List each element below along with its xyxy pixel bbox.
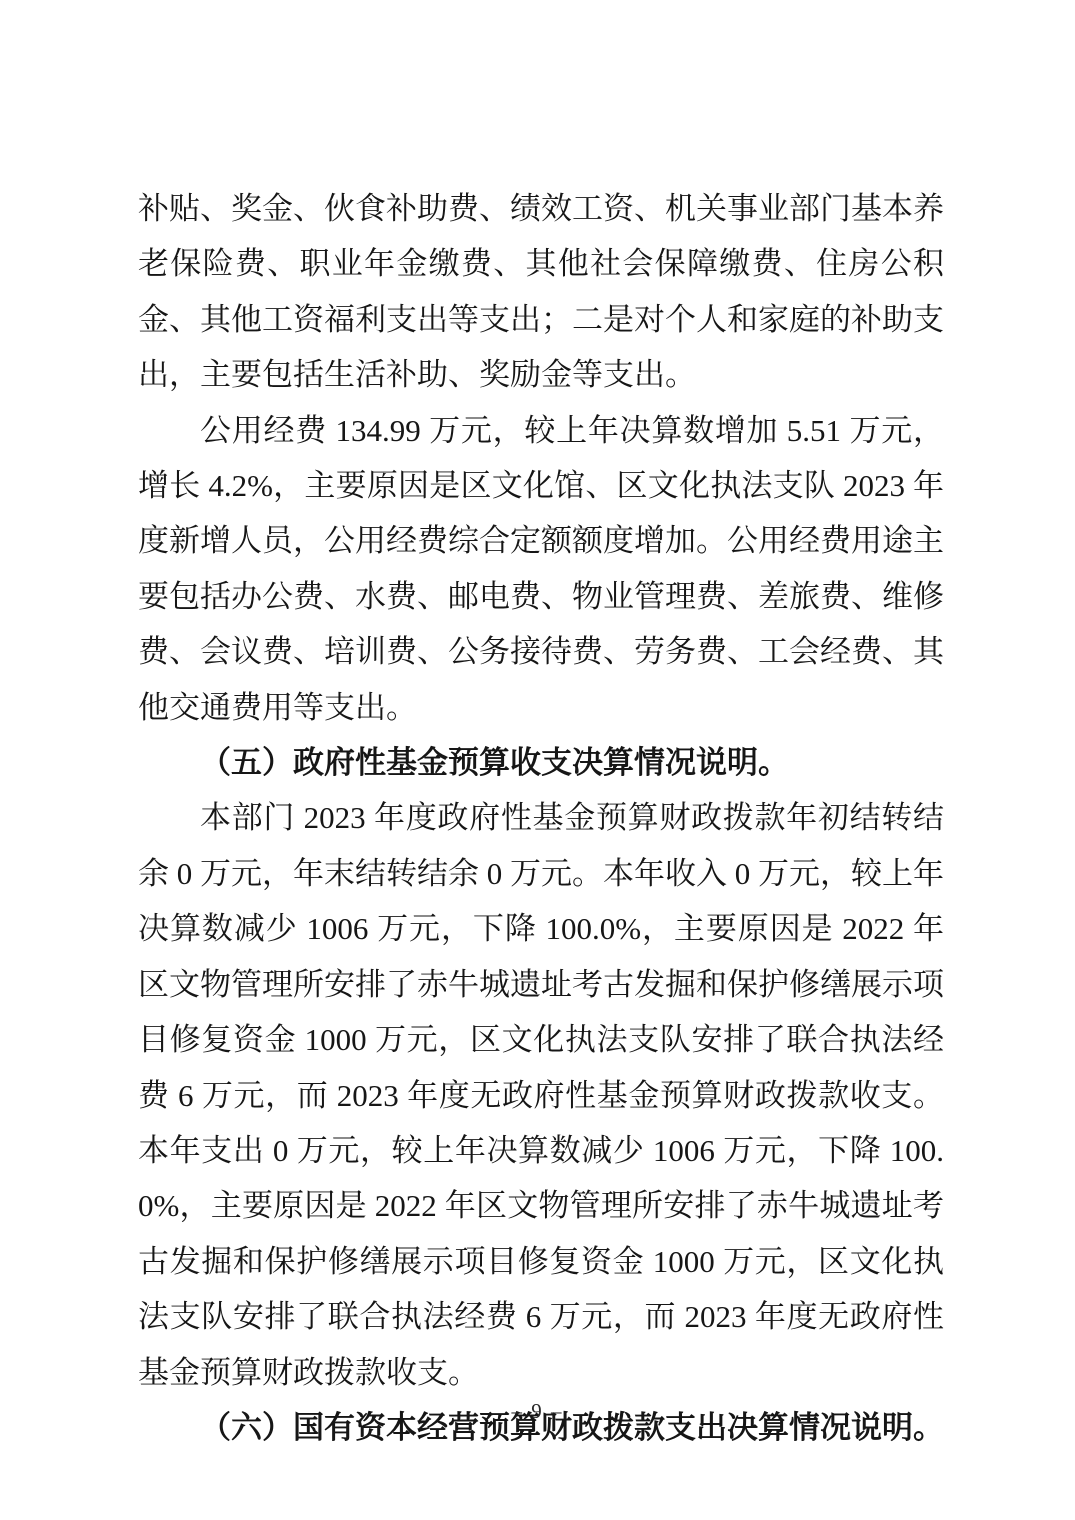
page-footer: – 9 – [0, 1398, 1075, 1424]
document-body: 补贴、奖金、伙食补助费、绩效工资、机关事业部门基本养老保险费、职业年金缴费、其他… [138, 181, 944, 1455]
document-page: 补贴、奖金、伙食补助费、绩效工资、机关事业部门基本养老保险费、职业年金缴费、其他… [0, 0, 1075, 1520]
section-heading: （五）政府性基金预算收支决算情况说明。 [138, 735, 944, 790]
paragraph: 补贴、奖金、伙食补助费、绩效工资、机关事业部门基本养老保险费、职业年金缴费、其他… [138, 181, 944, 403]
paragraph: 公用经费 134.99 万元，较上年决算数增加 5.51 万元，增长 4.2%，… [138, 403, 944, 735]
paragraph: 本部门 2023 年度政府性基金预算财政拨款年初结转结余 0 万元，年末结转结余… [138, 790, 944, 1399]
page-number: – 9 – [512, 1399, 564, 1423]
